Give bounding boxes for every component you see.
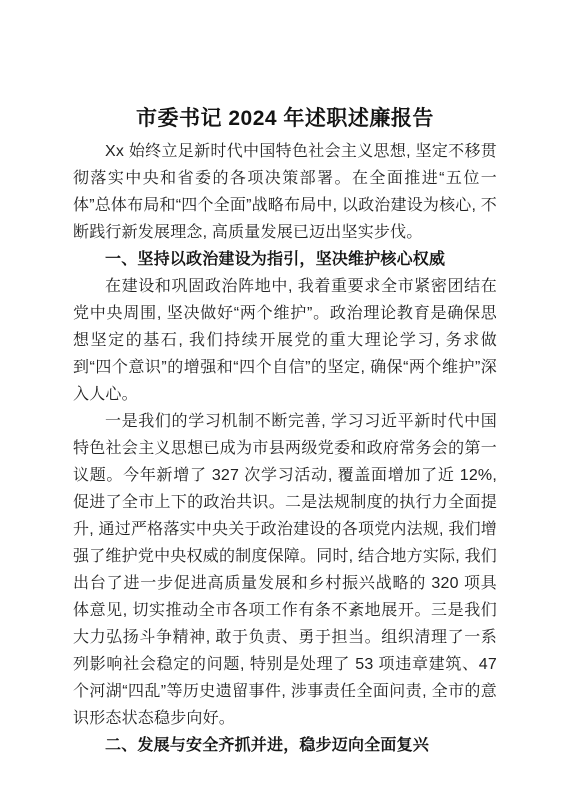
paragraph: 一是我们的学习机制不断完善, 学习习近平新时代中国特色社会主义思想已成为市县两级… [73, 408, 497, 732]
document-body: Xx 始终立足新时代中国特色社会主义思想, 坚定不移贯彻落实中央和省委的各项决策… [73, 138, 497, 759]
document-page: 市委书记 2024 年述职述廉报告 Xx 始终立足新时代中国特色社会主义思想, … [0, 0, 570, 807]
paragraph: Xx 始终立足新时代中国特色社会主义思想, 坚定不移贯彻落实中央和省委的各项决策… [73, 138, 497, 246]
paragraph: 在建设和巩固政治阵地中, 我着重要求全市紧密团结在党中央周围, 坚决做好“两个维… [73, 273, 497, 408]
document-title: 市委书记 2024 年述职述廉报告 [73, 102, 497, 136]
section-heading: 二、发展与安全齐抓并进，稳步迈向全面复兴 [73, 732, 497, 759]
section-heading: 一、坚持以政治建设为指引，坚决维护核心权威 [73, 246, 497, 273]
